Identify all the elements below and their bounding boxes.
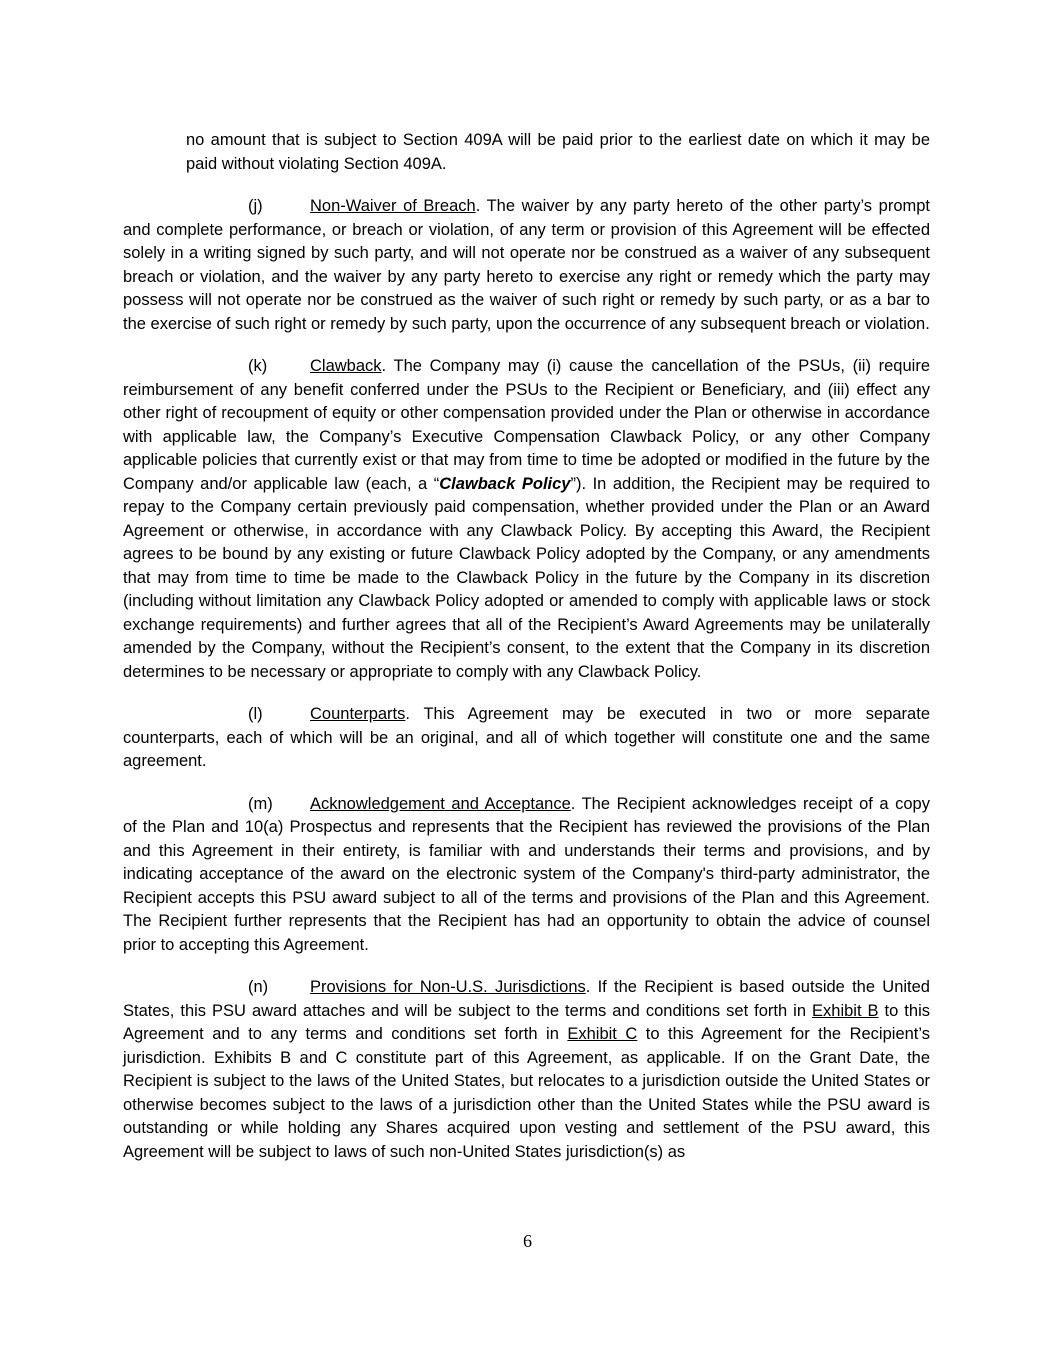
page-number: 6 bbox=[0, 1229, 1055, 1253]
paragraph-heading: Provisions for Non-U.S. Jurisdictions bbox=[310, 978, 586, 996]
text-segment: to this Agreement for the Recipient’s ju… bbox=[123, 1025, 930, 1161]
body-paragraph: (k)Clawback. The Company may (i) cause t… bbox=[123, 355, 930, 684]
text-segment: . The Company may (i) cause the cancella… bbox=[123, 357, 930, 493]
continuation-paragraph: no amount that is subject to Section 409… bbox=[186, 129, 930, 176]
paragraph-label: (m) bbox=[248, 793, 310, 817]
paragraph-heading: Acknowledgement and Acceptance bbox=[310, 795, 571, 813]
body-paragraph: (n)Provisions for Non-U.S. Jurisdictions… bbox=[123, 976, 930, 1164]
paragraph-heading: Clawback bbox=[310, 357, 382, 375]
text-segment: . The waiver by any party hereto of the … bbox=[123, 197, 930, 333]
text-segment: . The Recipient acknowledges receipt of … bbox=[123, 795, 930, 954]
paragraph-label: (k) bbox=[248, 355, 310, 379]
body-paragraph: (j)Non-Waiver of Breach. The waiver by a… bbox=[123, 195, 930, 336]
paragraph-heading: Counterparts bbox=[310, 705, 405, 723]
text-segment-underline: Exhibit B bbox=[812, 1002, 879, 1020]
text-segment-bold-italic: Clawback Policy bbox=[439, 475, 570, 493]
text-segment: . This Agreement may be executed in two … bbox=[123, 705, 930, 770]
body-paragraph: (m)Acknowledgement and Acceptance. The R… bbox=[123, 793, 930, 958]
paragraph-label: (l) bbox=[248, 703, 310, 727]
paragraph-label: (j) bbox=[248, 195, 310, 219]
document-page: no amount that is subject to Section 409… bbox=[0, 0, 1055, 1365]
text-segment-underline: Exhibit C bbox=[567, 1025, 637, 1043]
body-paragraph: (l)Counterparts. This Agreement may be e… bbox=[123, 703, 930, 774]
text-segment: ”). In addition, the Recipient may be re… bbox=[123, 475, 930, 681]
paragraph-heading: Non-Waiver of Breach bbox=[310, 197, 476, 215]
paragraph-label: (n) bbox=[248, 976, 310, 1000]
body-paragraphs: (j)Non-Waiver of Breach. The waiver by a… bbox=[123, 195, 930, 1164]
